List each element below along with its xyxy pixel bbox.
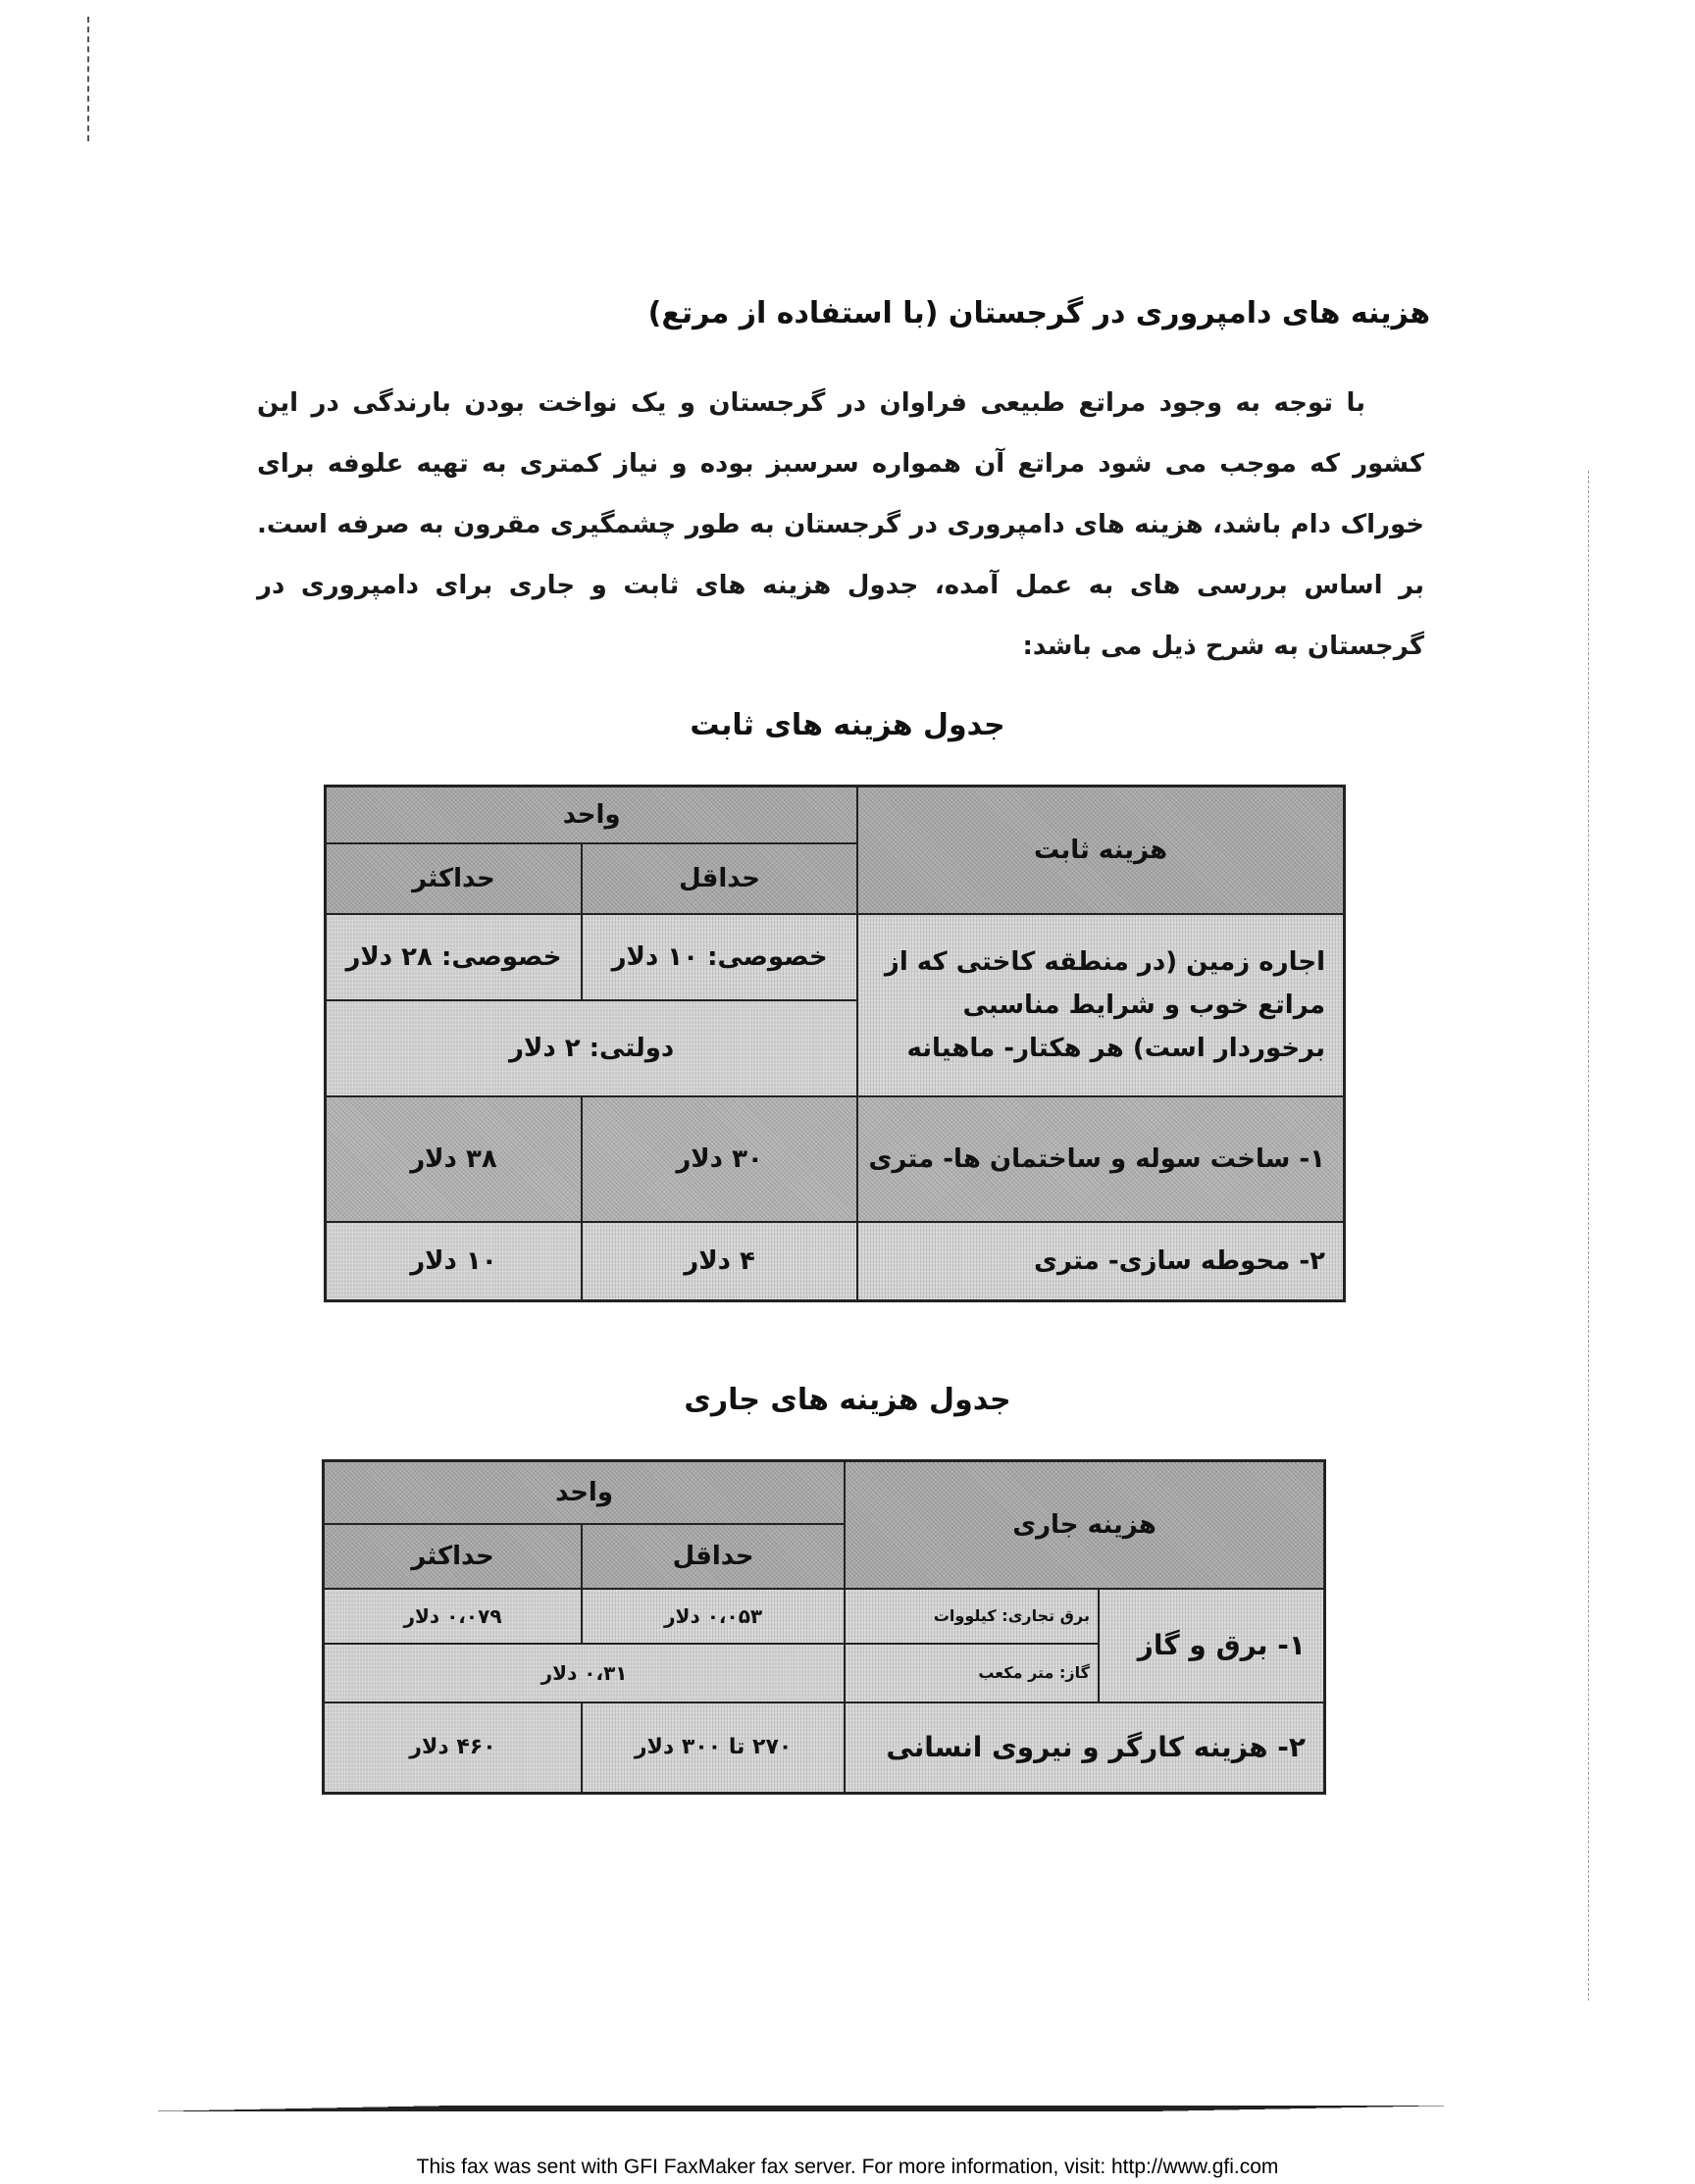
cell-shared: ۰،۳۱ دلار [324, 1644, 846, 1702]
table-row: اجاره زمین (در منطقه کاختی که از مراتع خ… [326, 914, 1345, 1000]
cell-shared: دولتی: ۲ دلار [326, 1000, 858, 1096]
header-max: حداکثر [326, 843, 582, 914]
row-label-electricity-gas: ۱- برق و گاز [1099, 1589, 1325, 1702]
fixed-costs-caption: جدول هزینه های ثابت [0, 708, 1695, 742]
cell-min: ۲۷۰ تا ۳۰۰ دلار [582, 1702, 845, 1794]
table-header-row: هزینه ثابت واحد [326, 787, 1345, 844]
cell-max: ۳۸ دلار [326, 1096, 582, 1222]
row-label-labor: ۲- هزینه کارگر و نیروی انسانی [845, 1702, 1324, 1794]
cell-min: ۳۰ دلار [582, 1096, 857, 1222]
intro-paragraph-text: با توجه به وجود مراتع طبیعی فراوان در گر… [257, 388, 1424, 661]
header-max: حداکثر [324, 1524, 583, 1589]
running-costs-table: هزینه جاری واحد حداقل حداکثر ۱- برق و گا… [322, 1459, 1326, 1795]
cell-max: ۱۰ دلار [326, 1222, 582, 1301]
sub-label-gas: گاز: متر مکعب [845, 1644, 1099, 1702]
intro-paragraph: با توجه به وجود مراتع طبیعی فراوان در گر… [257, 373, 1424, 677]
header-unit: واحد [324, 1461, 846, 1525]
fixed-costs-table: هزینه ثابت واحد حداقل حداکثر اجاره زمین … [324, 785, 1346, 1302]
table-row: ۲- محوطه سازی- متری ۴ دلار ۱۰ دلار [326, 1222, 1345, 1301]
table-row: ۱- ساخت سوله و ساختمان ها- متری ۳۰ دلار … [326, 1096, 1345, 1222]
table-row: ۲- هزینه کارگر و نیروی انسانی ۲۷۰ تا ۳۰۰… [324, 1702, 1325, 1794]
row-label-land-rent: اجاره زمین (در منطقه کاختی که از مراتع خ… [857, 914, 1344, 1096]
scan-artifact-left [87, 17, 89, 141]
row-label-landscaping: ۲- محوطه سازی- متری [857, 1222, 1344, 1301]
header-unit: واحد [326, 787, 858, 844]
table-row: ۱- برق و گاز برق تجاری: کیلووات ۰،۰۵۳ دل… [324, 1589, 1325, 1644]
header-min: حداقل [582, 1524, 845, 1589]
header-cost-type: هزینه ثابت [857, 787, 1344, 915]
fax-footer-notice: This fax was sent with GFI FaxMaker fax … [0, 2156, 1695, 2179]
page-title: هزینه های دامپروری در گرجستان (با استفاد… [547, 294, 1430, 333]
scan-artifact-right [1588, 471, 1589, 2001]
cell-min: ۰،۰۵۳ دلار [582, 1589, 845, 1644]
cell-max: ۰،۰۷۹ دلار [324, 1589, 583, 1644]
cell-max: خصوصی: ۲۸ دلار [326, 914, 582, 1000]
table-header-row: هزینه جاری واحد [324, 1461, 1325, 1525]
header-cost-type: هزینه جاری [845, 1461, 1324, 1590]
cell-min: خصوصی: ۱۰ دلار [582, 914, 857, 1000]
cell-min: ۴ دلار [582, 1222, 857, 1301]
header-min: حداقل [582, 843, 857, 914]
cell-max: ۴۶۰ دلار [324, 1702, 583, 1794]
row-label-buildings: ۱- ساخت سوله و ساختمان ها- متری [857, 1096, 1344, 1222]
sub-label-electricity: برق تجاری: کیلووات [845, 1589, 1099, 1644]
footer-divider [86, 2106, 1607, 2111]
running-costs-caption: جدول هزینه های جاری [0, 1383, 1695, 1417]
